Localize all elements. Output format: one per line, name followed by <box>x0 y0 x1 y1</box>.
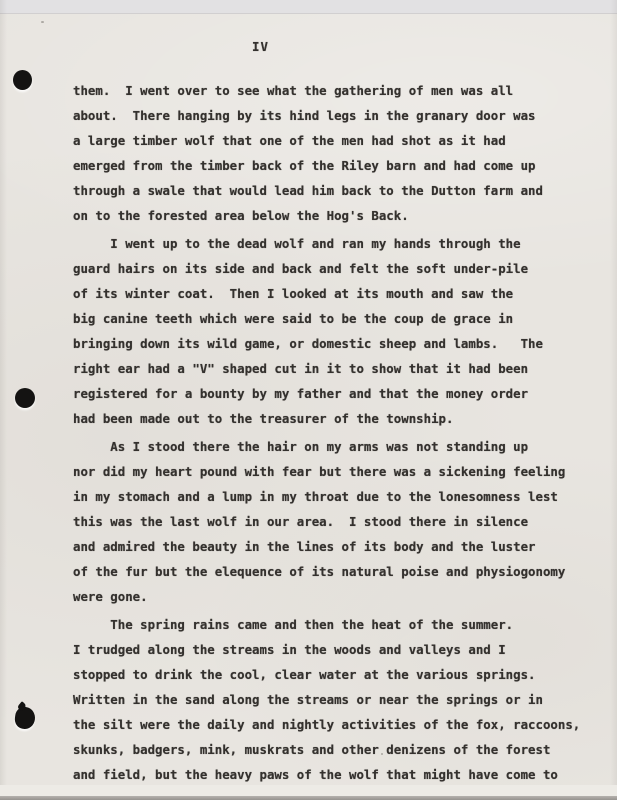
text-line: nor did my heart pound with fear but the… <box>73 459 603 484</box>
text-line: guard hairs on its side and back and fel… <box>73 256 603 281</box>
typewritten-text: them. I went over to see what the gather… <box>73 78 603 787</box>
text-line: and admired the beauty in the lines of i… <box>73 534 603 559</box>
text-line: of the fur but the elequence of its natu… <box>73 559 603 584</box>
text-line: this was the last wolf in our area. I st… <box>73 509 603 534</box>
text-line: in my stomach and a lump in my throat du… <box>73 484 603 509</box>
text-line: them. I went over to see what the gather… <box>73 78 603 103</box>
text-line: stopped to drink the cool, clear water a… <box>73 662 603 687</box>
hole-punch-middle <box>15 388 35 408</box>
text-line: As I stood there the hair on my arms was… <box>73 434 603 459</box>
text-line: I trudged along the streams in the woods… <box>73 637 603 662</box>
text-line: right ear had a "V" shaped cut in it to … <box>73 356 603 381</box>
page-number: IV <box>252 39 269 54</box>
text-line: about. There hanging by its hind legs in… <box>73 103 603 128</box>
scan-top-edge <box>0 0 617 14</box>
paragraph: The spring rains came and then the heat … <box>73 612 603 787</box>
text-line: emerged from the timber back of the Rile… <box>73 153 603 178</box>
text-line: had been made out to the treasurer of th… <box>73 406 603 431</box>
text-line: bringing down its wild game, or domestic… <box>73 331 603 356</box>
text-line: through a swale that would lead him back… <box>73 178 603 203</box>
paragraph: As I stood there the hair on my arms was… <box>73 434 603 609</box>
paragraph: I went up to the dead wolf and ran my ha… <box>73 231 603 431</box>
text-line: registered for a bounty by my father and… <box>73 381 603 406</box>
hole-punch-bottom <box>14 706 37 731</box>
text-line: on to the forested area below the Hog's … <box>73 203 603 228</box>
text-line: of its winter coat. Then I looked at its… <box>73 281 603 306</box>
document-page: IV them. I went over to see what the gat… <box>0 0 617 800</box>
text-line: big canine teeth which were said to be t… <box>73 306 603 331</box>
hole-punch-top <box>13 70 32 90</box>
paper-speck <box>41 21 44 23</box>
text-line: and field, but the heavy paws of the wol… <box>73 762 603 787</box>
scan-bottom-border <box>0 796 617 800</box>
text-line: a large timber wolf that one of the men … <box>73 128 603 153</box>
scan-left-edge <box>0 0 7 800</box>
text-line: I went up to the dead wolf and ran my ha… <box>73 231 603 256</box>
text-line: were gone. <box>73 584 603 609</box>
text-line: skunks, badgers, mink, muskrats and othe… <box>73 737 603 762</box>
scan-right-edge <box>610 0 617 800</box>
text-line: Written in the sand along the streams or… <box>73 687 603 712</box>
text-line: the silt were the daily and nightly acti… <box>73 712 603 737</box>
paragraph: them. I went over to see what the gather… <box>73 78 603 228</box>
text-line: The spring rains came and then the heat … <box>73 612 603 637</box>
